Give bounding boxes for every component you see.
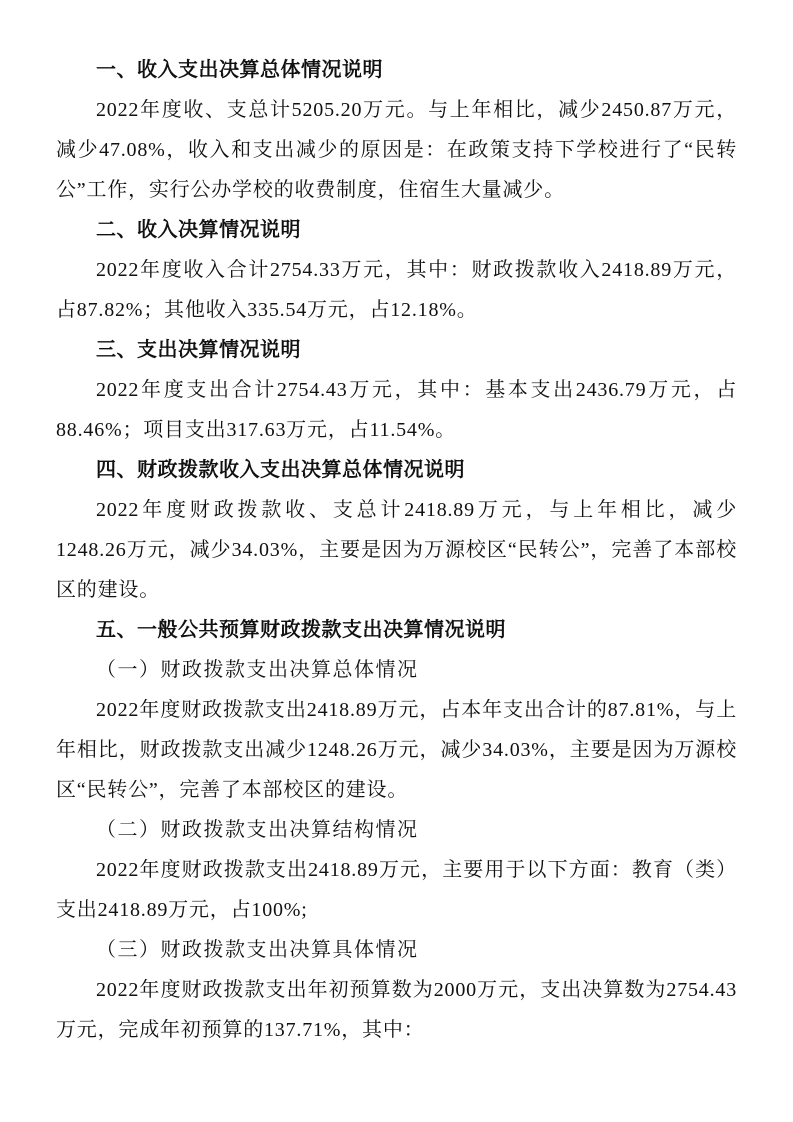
paragraph: 2022年度财政拨款收、支总计2418.89万元，与上年相比，减少1248.26… [56,490,737,610]
document-page: 一、收入支出决算总体情况说明2022年度收、支总计5205.20万元。与上年相比… [0,0,793,1122]
sub-heading: （二）财政拨款支出决算结构情况 [56,810,737,850]
section-heading: 五、一般公共预算财政拨款支出决算情况说明 [56,610,737,650]
section-heading: 三、支出决算情况说明 [56,330,737,370]
paragraph: 2022年度财政拨款支出2418.89万元，主要用于以下方面：教育（类）支出24… [56,850,737,930]
section-heading: 一、收入支出决算总体情况说明 [56,50,737,90]
paragraph: 2022年度收、支总计5205.20万元。与上年相比，减少2450.87万元，减… [56,90,737,210]
document-body: 一、收入支出决算总体情况说明2022年度收、支总计5205.20万元。与上年相比… [56,50,737,1050]
paragraph: 2022年度支出合计2754.43万元，其中：基本支出2436.79万元，占88… [56,370,737,450]
section-heading: 四、财政拨款收入支出决算总体情况说明 [56,450,737,490]
sub-heading: （三）财政拨款支出决算具体情况 [56,930,737,970]
sub-heading: （一）财政拨款支出决算总体情况 [56,650,737,690]
section-heading: 二、收入决算情况说明 [56,210,737,250]
paragraph: 2022年度财政拨款支出年初预算数为2000万元，支出决算数为2754.43万元… [56,970,737,1050]
paragraph: 2022年度收入合计2754.33万元，其中：财政拨款收入2418.89万元，占… [56,250,737,330]
paragraph: 2022年度财政拨款支出2418.89万元，占本年支出合计的87.81%，与上年… [56,690,737,810]
